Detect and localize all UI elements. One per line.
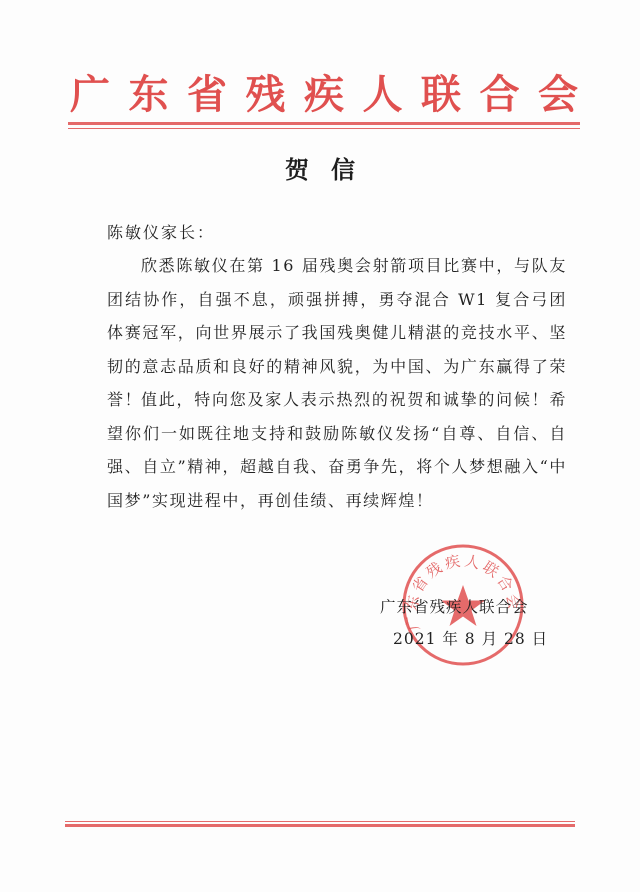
salutation: 陈敏仪家长：	[107, 220, 215, 243]
signature-date: 2021 年 8 月 28 日	[393, 627, 548, 649]
letterhead-char: 残	[244, 63, 288, 120]
letterhead-char: 疾	[302, 63, 346, 120]
letterhead-char: 广	[68, 63, 112, 120]
letterhead-char: 省	[185, 63, 229, 120]
signature-organization: 广东省残疾人联合会	[380, 595, 529, 617]
header-rule-thick	[68, 122, 580, 125]
letterhead-char: 会	[536, 63, 580, 120]
footer-rule-thick	[65, 824, 575, 827]
letterhead-char: 人	[361, 63, 405, 120]
footer-rule-thin	[65, 821, 575, 822]
letterhead-title: 广 东 省 残 疾 人 联 合 会	[68, 66, 580, 116]
letterhead-char: 联	[419, 63, 463, 120]
body-paragraph-2: 值此，特向您及家人表示热烈的祝贺和诚挚的问候！希望你们一如既往地支持和鼓励陈敏仪…	[107, 383, 567, 517]
letterhead-char: 合	[478, 63, 522, 120]
letterhead-char: 东	[127, 63, 171, 120]
header-rule-thin	[68, 128, 580, 129]
paragraph-text: 值此，特向您及家人表示热烈的祝贺和诚挚的问候！希望你们一如既往地支持和鼓励陈敏仪…	[107, 383, 567, 517]
document-title: 贺信	[0, 150, 640, 185]
